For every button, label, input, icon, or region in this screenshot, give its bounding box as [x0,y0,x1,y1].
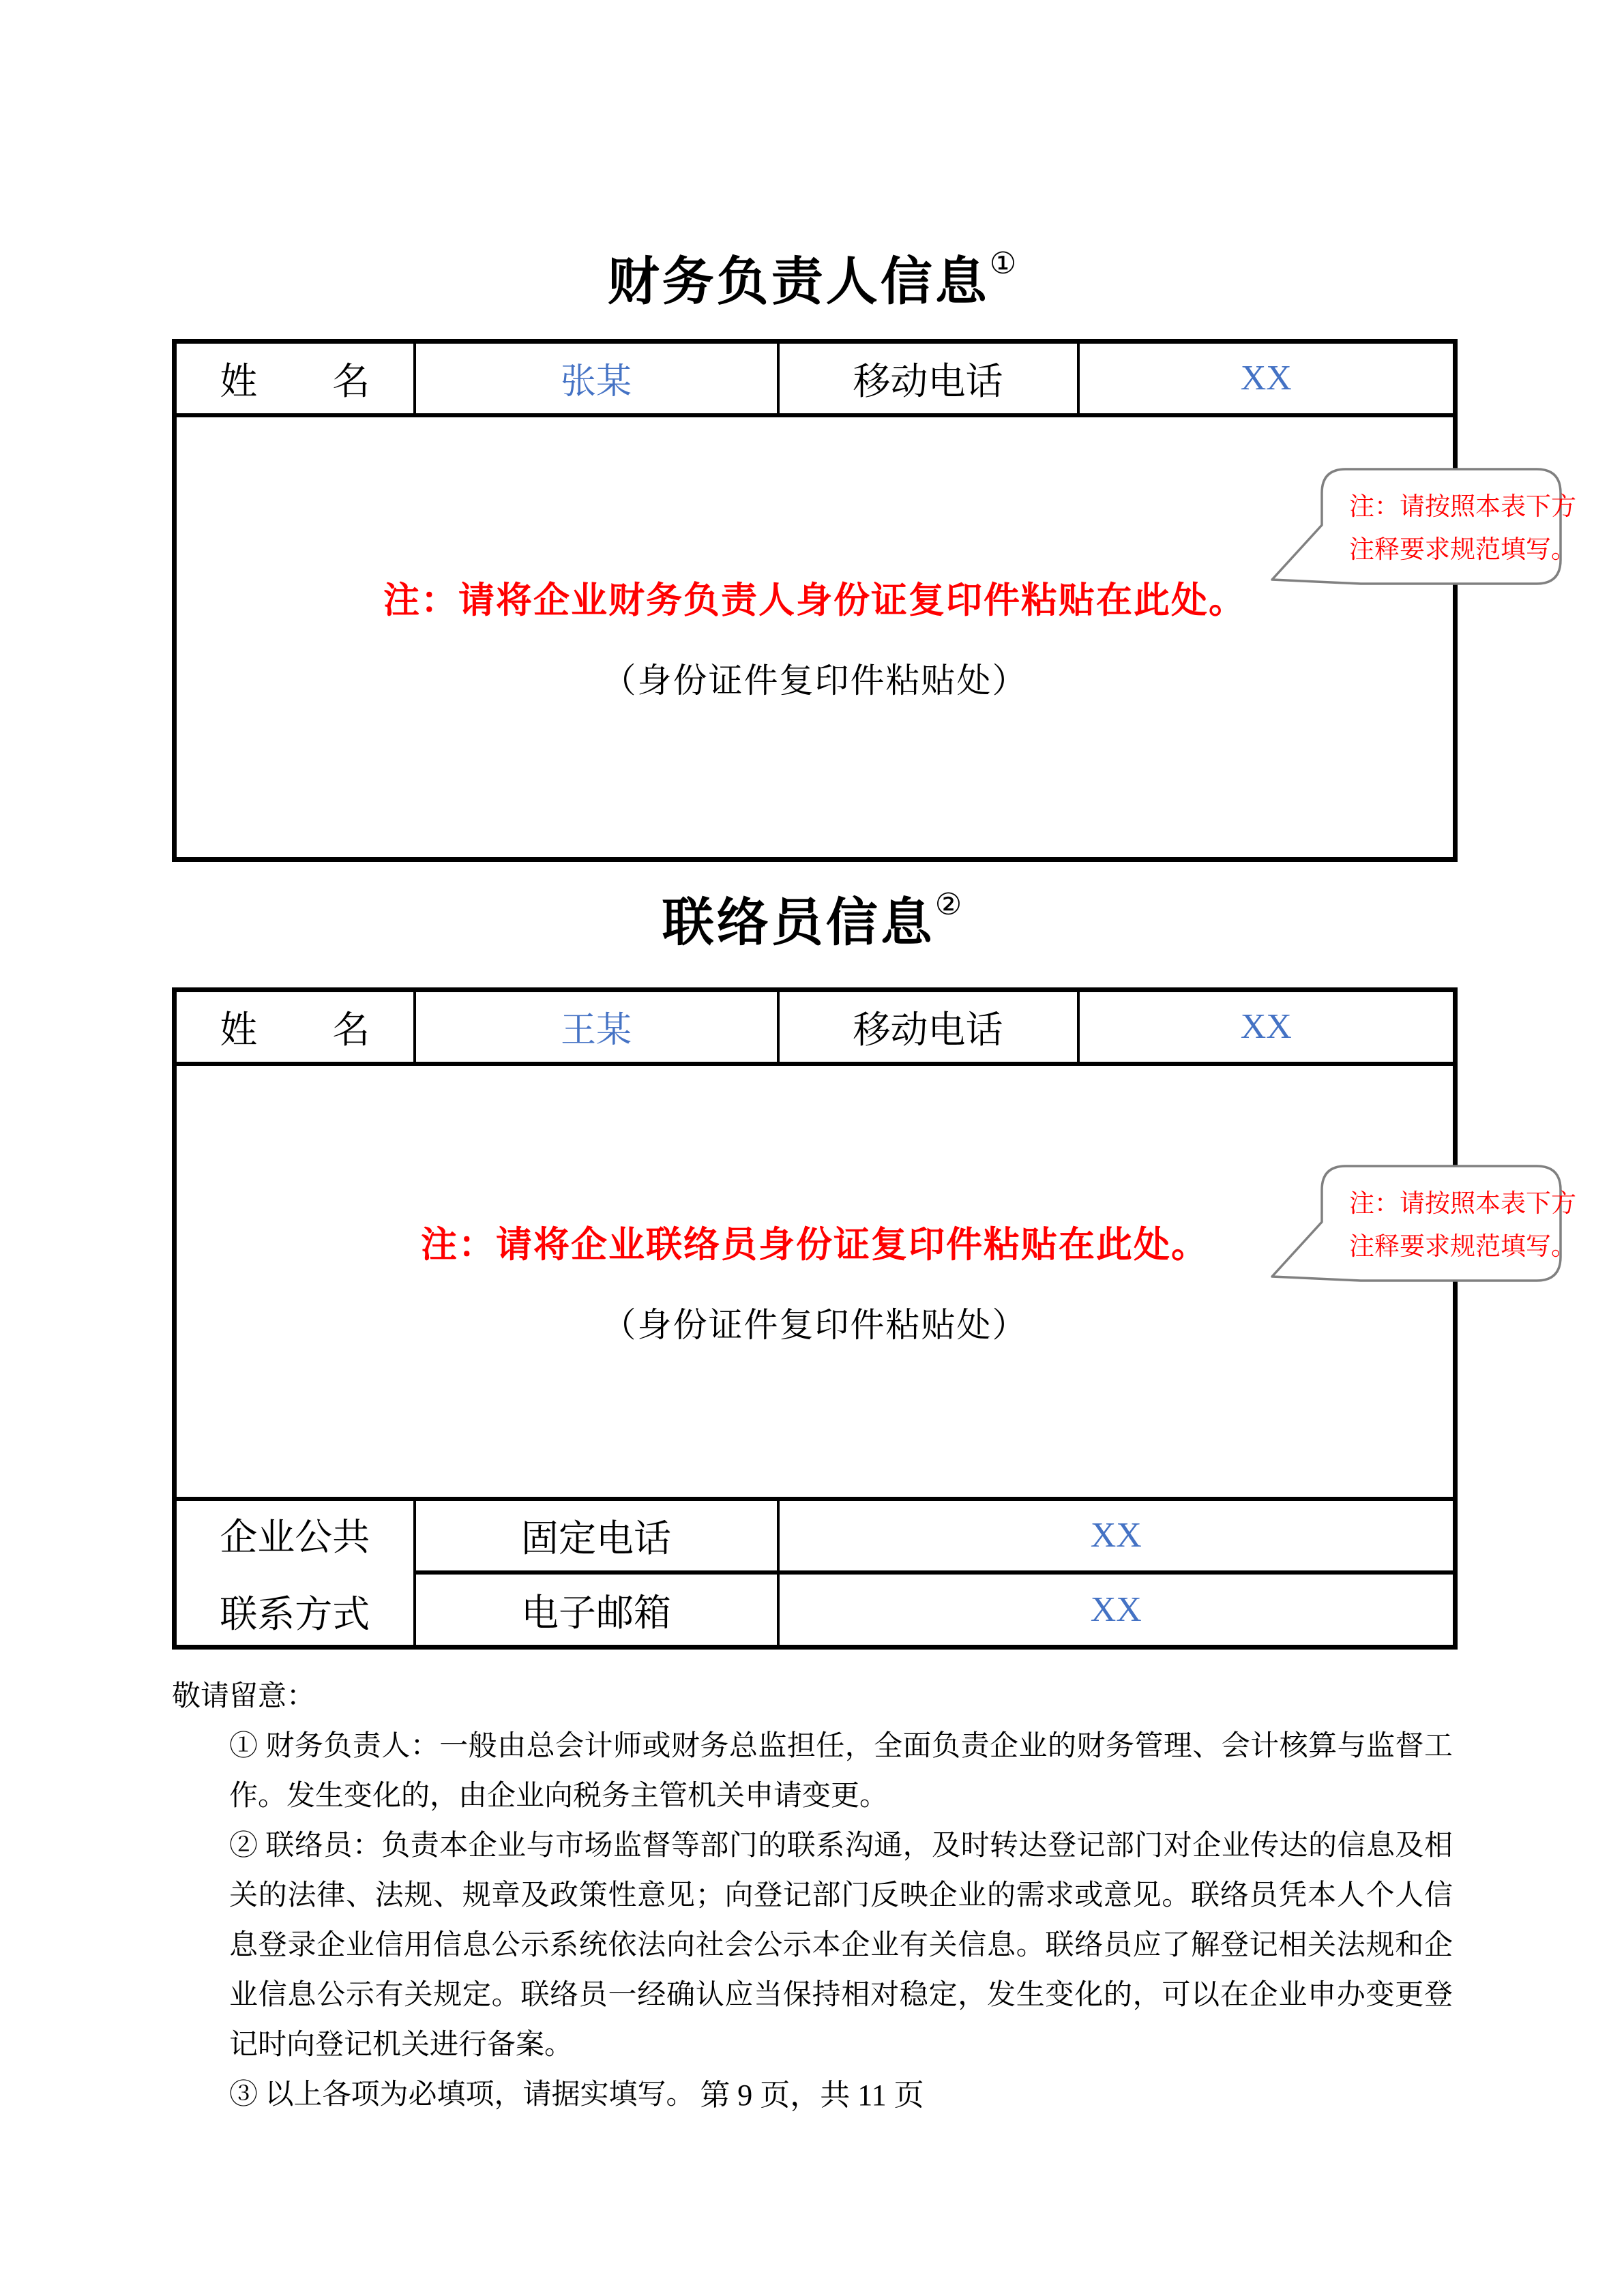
name-label-cell: 姓 名 [175,342,415,415]
liaison-table: 姓 名 王某 移动电话 XX 注：请将企业联络员身份证复印件粘贴在此处。 （身份… [172,987,1458,1650]
landline-label-cell: 固定电话 [415,1499,778,1572]
mobile-label-cell: 移动电话 [778,342,1078,415]
paste-instruction-red: 注：请将企业财务负责人身份证复印件粘贴在此处。 [383,571,1246,623]
paste-location-label: （身份证件复印件粘贴处） [602,1298,1028,1347]
callout-line1: 注：请按照本表下方 [1349,1182,1576,1225]
notes-heading: 敬请留意： [172,1672,1453,1722]
title-footnote-ref: ① [990,247,1016,280]
callout-note: 注：请按照本表下方 注释要求规范填写。 [1349,486,1576,571]
page-number: 第 9 页，共 11 页 [0,2070,1624,2114]
paste-instruction-red: 注：请将企业联络员身份证复印件粘贴在此处。 [421,1216,1209,1268]
public-contact-line2: 联系方式 [220,1584,370,1638]
section-title-liaison: 联络员信息② [0,881,1624,955]
landline-value-cell: XX [778,1499,1456,1572]
footnotes-block: 敬请留意： ① 财务负责人：一般由总会计师或财务总监担任，全面负责企业的财务管理… [172,1672,1453,2120]
note-item-financial-officer: ① 财务负责人：一般由总会计师或财务总监担任，全面负责企业的财务管理、会计核算与… [229,1722,1453,1821]
name-value-cell: 张某 [415,342,778,415]
callout-line2: 注释要求规范填写。 [1349,1225,1576,1268]
section-title-financial-officer: 财务负责人信息① [0,240,1624,314]
section-title-text: 财务负责人信息 [608,254,990,311]
public-contact-label-cell: 企业公共 联系方式 [175,1499,415,1648]
public-contact-line1: 企业公共 [220,1507,370,1561]
email-value-cell: XX [778,1572,1456,1648]
callout-line1: 注：请按照本表下方 [1349,486,1576,528]
note-item-liaison: ② 联络员：负责本企业与市场监督等部门的联系沟通，及时转达登记部门对企业传达的信… [229,1821,1453,2070]
financial-officer-table: 姓 名 张某 移动电话 XX 注：请将企业财务负责人身份证复印件粘贴在此处。 （… [172,339,1458,862]
name-label-cell: 姓 名 [175,990,415,1064]
title-footnote-ref: ② [935,888,962,921]
mobile-value-cell: XX [1078,342,1456,415]
mobile-value-cell: XX [1078,990,1456,1064]
callout-note: 注：请按照本表下方 注释要求规范填写。 [1349,1182,1576,1268]
paste-location-label: （身份证件复印件粘贴处） [602,653,1028,702]
document-page: 财务负责人信息① 姓 名 张某 移动电话 XX 注：请将企业财务负责人身份证复印… [0,0,1624,2296]
name-value-cell: 王某 [415,990,778,1064]
callout-line2: 注释要求规范填写。 [1349,528,1576,571]
mobile-label-cell: 移动电话 [778,990,1078,1064]
email-label-cell: 电子邮箱 [415,1572,778,1648]
section-title-text: 联络员信息 [662,895,935,952]
public-contact-label: 企业公共 联系方式 [177,1507,413,1638]
